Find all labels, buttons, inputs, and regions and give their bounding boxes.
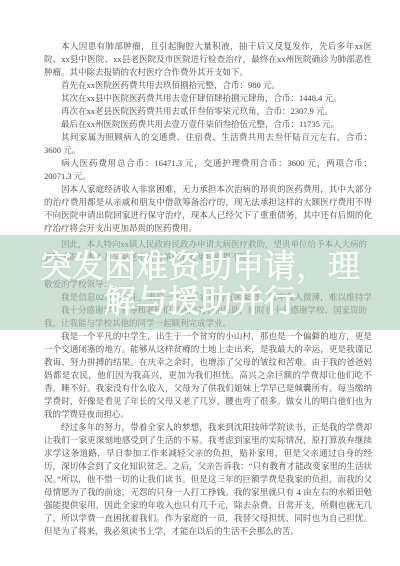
document-paragraph: 我是一个平凡的中学生，出生于一个贫穷的小山村，那也是一个偏僻的地方，更是一个交通… xyxy=(44,330,372,421)
expense-item-line: 首先在xx医院医药费共用去玖佰捌拾元整，合币：980 元。 xyxy=(44,79,372,92)
expense-item-line: 最后在xx州医院医药费共用去壹万壹仟柒佰叁拾伍元整，合币：11735 元。 xyxy=(44,118,372,131)
expense-item-line: 其间家属为照顾病人的交通费、住宿费、生活费共用去叁仟陆百元左右，合币：3600 … xyxy=(44,131,372,157)
expense-item-line: 再次在xx老县医院医药费共用去贰仟叁佰零柒元玖角，合币：2307.9 元。 xyxy=(44,105,372,118)
document-paragraph: 因本人家庭经济收入非常困难，无力承担本次治病的昂贵的医药费用，其中大部分的治疗费… xyxy=(44,183,372,235)
document-paragraph: 本人因患有肺部肿瘤，且引起胸腔大量积液，抽干后又反复发作，先后多年xx医院、xx… xyxy=(44,40,372,79)
banner-underlay-line: 我，让我能与学校其他的同学一起顺利完成学业。 xyxy=(44,317,372,330)
document-paragraph: 经过多年的努力，带着全家人的梦想，我来到沈阳技师学院读书，正是我的学费却让我们一… xyxy=(44,421,372,538)
page-title-line-2: 解与援助并行 xyxy=(0,284,400,319)
expense-item-line: 其次在xx县中医院医药费共用去壹仟肆佰肆拾捌元肆角，合币：1448.4 元。 xyxy=(44,92,372,105)
expense-total-line: 病人医药费用总合币：16471.3 元，交通护理费用合币：3600 元，两项合币… xyxy=(44,157,372,183)
page-title-line-1: 突发困难资助申请，理 xyxy=(0,249,400,284)
page-title: 突发困难资助申请，理 解与援助并行 xyxy=(0,249,400,318)
